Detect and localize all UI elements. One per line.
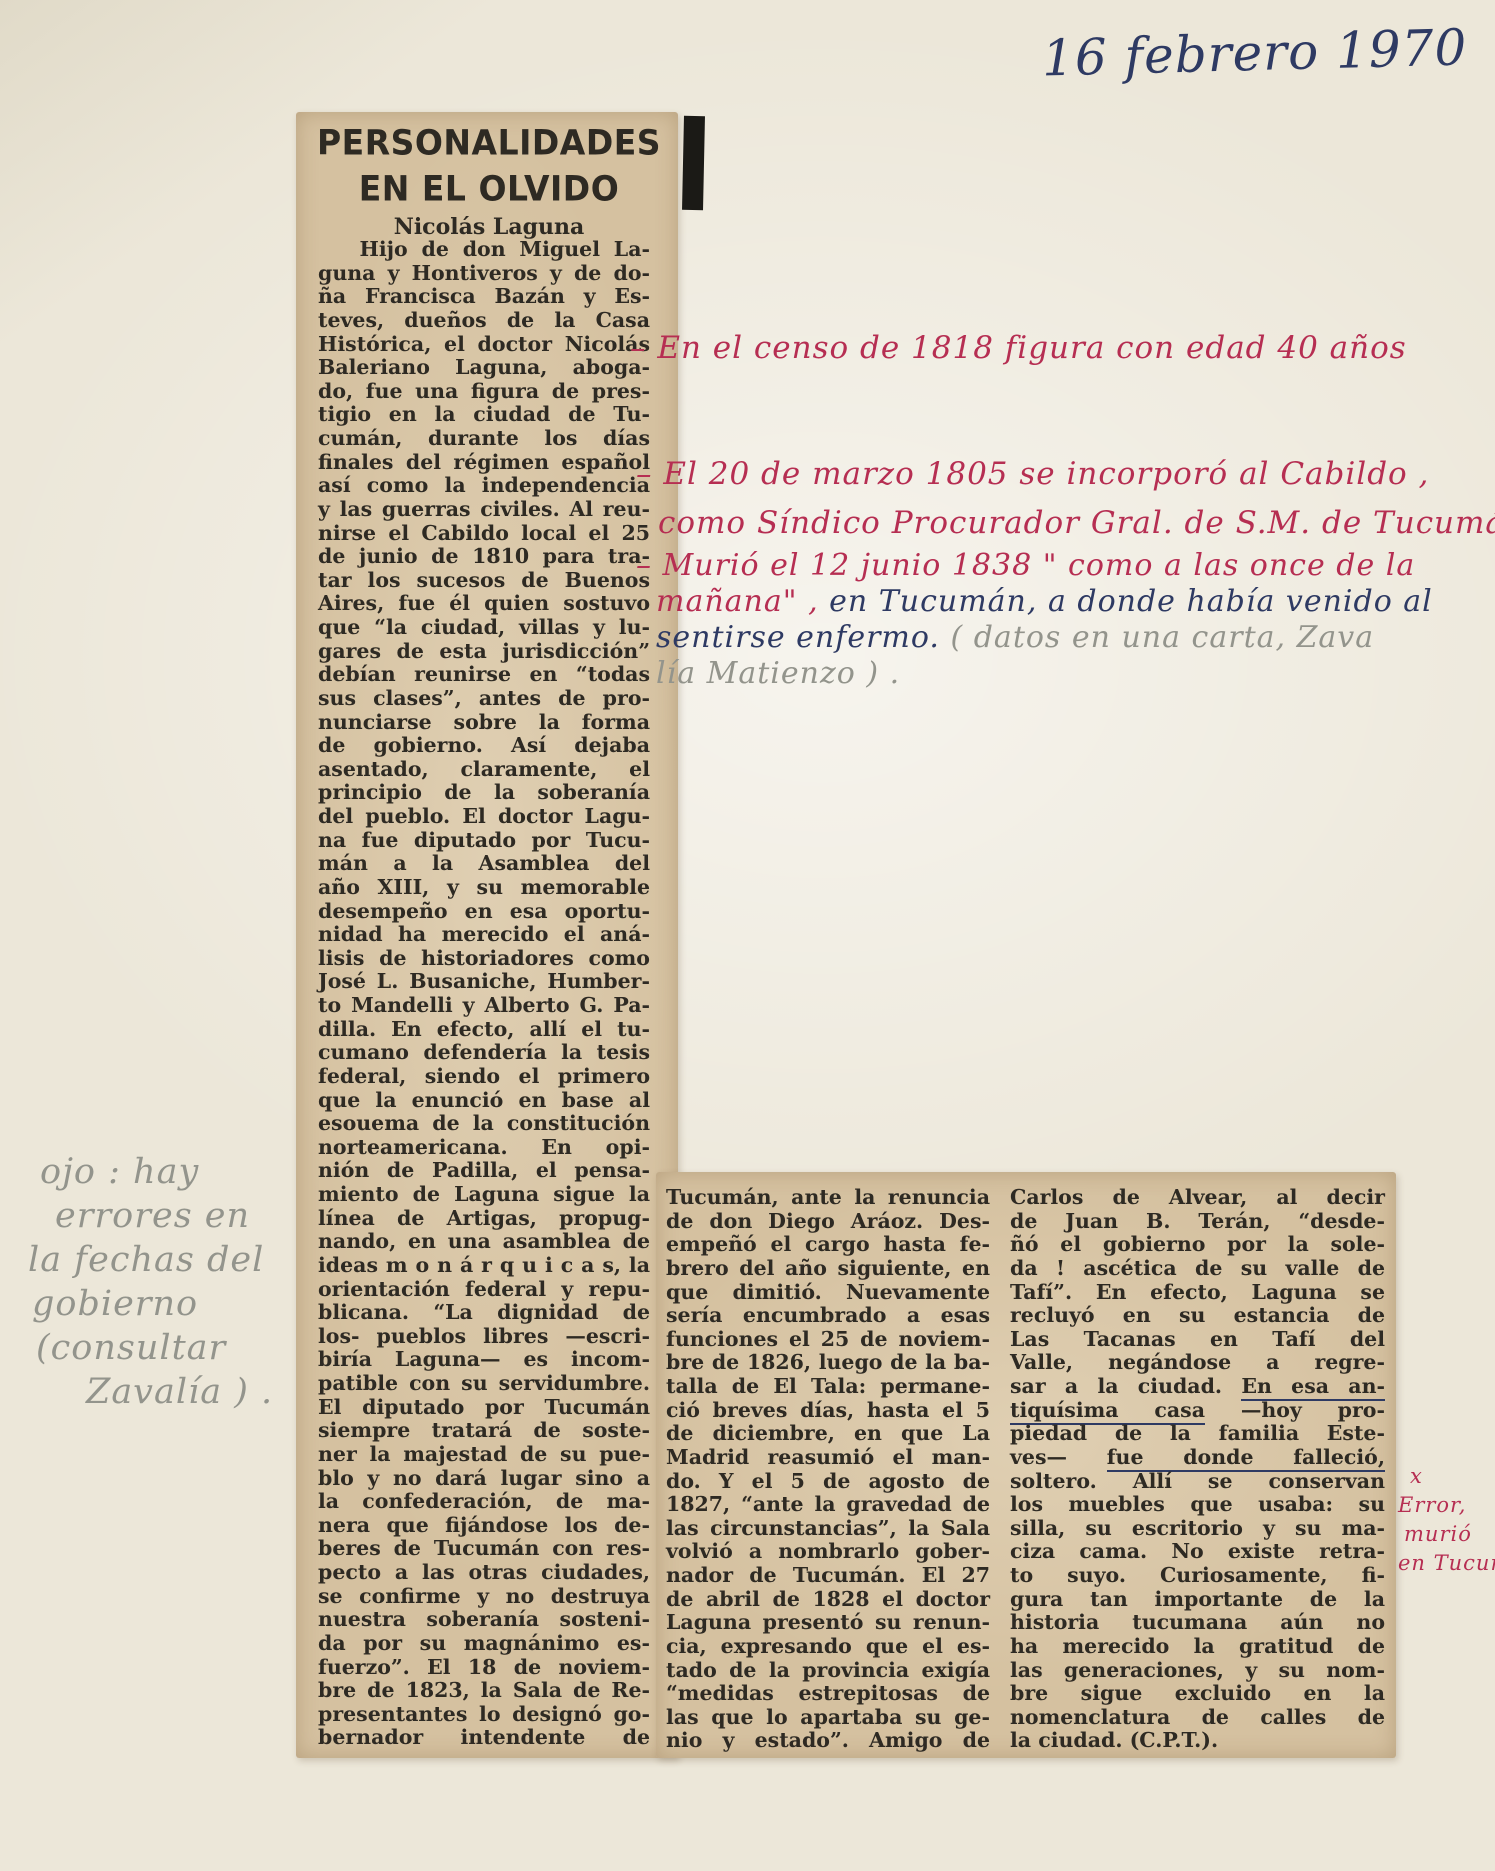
headline-line-1: PERSONALIDADES bbox=[308, 120, 670, 166]
text-line: sentirse enfermo. ( datos en una carta, … bbox=[636, 620, 1433, 656]
text-segment: fue donde falleció, bbox=[1107, 1445, 1385, 1472]
text-line: to suyo. Curiosamente, fi- bbox=[1010, 1564, 1385, 1588]
text-line: pecto a las otras ciudades, bbox=[318, 1561, 650, 1585]
text-line: bre de 1823, la Sala de Re- bbox=[318, 1679, 650, 1703]
text-line: las que lo apartaba su ge- bbox=[666, 1706, 990, 1730]
article-column-2: Tucumán, ante la renunciade don Diego Ar… bbox=[666, 1186, 990, 1753]
text-segment: lía Matienzo ) . bbox=[656, 656, 900, 691]
text-line: – Murió el 12 junio 1838 " como a las on… bbox=[636, 548, 1433, 584]
text-line: Carlos de Alvear, al decir bbox=[1010, 1186, 1385, 1210]
text-line: norteamericana. En opi- bbox=[318, 1136, 650, 1160]
text-line: teves, dueños de la Casa bbox=[318, 309, 650, 333]
text-line: Zavalía ) . bbox=[28, 1370, 273, 1414]
text-line: presentantes lo designó go- bbox=[318, 1703, 650, 1727]
text-line: ha merecido la gratitud de bbox=[1010, 1635, 1385, 1659]
text-line: debían reunirse en “todas bbox=[318, 663, 650, 687]
text-line: to Mandelli y Alberto G. Pa- bbox=[318, 994, 650, 1018]
text-line: 1827, “ante la gravedad de bbox=[666, 1493, 990, 1517]
text-line: del pueblo. El doctor Lagu- bbox=[318, 805, 650, 829]
text-line: empeñó el cargo hasta fe- bbox=[666, 1233, 990, 1257]
text-line: finales del régimen español bbox=[318, 451, 650, 475]
text-line: ideas m o n á r q u i c a s, la bbox=[318, 1254, 650, 1278]
text-line: ciza cama. No existe retra- bbox=[1010, 1540, 1385, 1564]
text-line: brero del año siguiente, en bbox=[666, 1257, 990, 1281]
text-line: Laguna presentó su renun- bbox=[666, 1611, 990, 1635]
text-line: blo y no dará lugar sino a bbox=[318, 1467, 650, 1491]
text-line: x bbox=[1398, 1462, 1495, 1491]
text-line: soltero. Allí se conservan bbox=[1010, 1470, 1385, 1494]
text-line: las generaciones, y su nom- bbox=[1010, 1659, 1385, 1683]
text-line: principio de la soberanía bbox=[318, 781, 650, 805]
text-line: tigio en la ciudad de Tu- bbox=[318, 403, 650, 427]
text-line: tar los sucesos de Buenos bbox=[318, 569, 650, 593]
text-line: silla, su escritorio y su ma- bbox=[1010, 1517, 1385, 1541]
text-line: que la enunció en base al bbox=[318, 1089, 650, 1113]
article-headline: PERSONALIDADES EN EL OLVIDO bbox=[308, 120, 670, 212]
text-line: ves— fue donde falleció, bbox=[1010, 1446, 1385, 1470]
text-line: de don Diego Aráoz. Des- bbox=[666, 1210, 990, 1234]
text-line: fuerzo”. El 18 de noviem- bbox=[318, 1656, 650, 1680]
text-line: beres de Tucumán con res- bbox=[318, 1537, 650, 1561]
pencil-note-errors: ojo : hayerrores enla fechas delgobierno… bbox=[28, 1150, 273, 1414]
handwritten-date: 16 febrero 1970 bbox=[1041, 18, 1468, 87]
text-segment: sentirse enfermo. bbox=[656, 620, 950, 655]
text-line: ció breves días, hasta el 5 bbox=[666, 1399, 990, 1423]
text-segment: ( datos en una carta, Zava bbox=[950, 620, 1374, 655]
text-line: – El 20 de marzo 1805 se incorporó al Ca… bbox=[636, 450, 1495, 499]
text-segment: – Murió el 12 junio 1838 " como a las on… bbox=[636, 548, 1415, 583]
text-line: sus clases”, antes de pro- bbox=[318, 687, 650, 711]
text-line: que “la ciudad, villas y lu- bbox=[318, 616, 650, 640]
text-line: tiquísima casa —hoy pro- bbox=[1010, 1399, 1385, 1423]
text-line: nuestra soberanía sosteni- bbox=[318, 1608, 650, 1632]
text-line: nador de Tucumán. El 27 bbox=[666, 1564, 990, 1588]
text-line: sar a la ciudad. En esa an- bbox=[1010, 1375, 1385, 1399]
text-segment: ves— bbox=[1010, 1445, 1107, 1469]
red-note-cabildo-1805: – El 20 de marzo 1805 se incorporó al Ca… bbox=[636, 450, 1495, 548]
text-line: historia tucumana aún no bbox=[1010, 1611, 1385, 1635]
text-line: de abril de 1828 el doctor bbox=[666, 1588, 990, 1612]
text-segment: —hoy pro- bbox=[1205, 1398, 1385, 1422]
text-line: cumano defendería la tesis bbox=[318, 1041, 650, 1065]
text-line: blicana. “La dignidad de bbox=[318, 1301, 650, 1325]
text-line: Madrid reasumió el man- bbox=[666, 1446, 990, 1470]
text-line: la fechas del bbox=[28, 1238, 273, 1282]
text-line: mañana" , en Tucumán, a donde había veni… bbox=[636, 584, 1433, 620]
text-line: ner la majestad de su pue- bbox=[318, 1443, 650, 1467]
article-column-1: Hijo de don Miguel La-guna y Hontiveros … bbox=[318, 238, 650, 1750]
text-line: ojo : hay bbox=[28, 1150, 273, 1194]
text-line: piedad de la familia Este- bbox=[1010, 1422, 1385, 1446]
text-line: mán a la Asamblea del bbox=[318, 852, 650, 876]
text-line: Tucumán, ante la renuncia bbox=[666, 1186, 990, 1210]
death-note-1838: – Murió el 12 junio 1838 " como a las on… bbox=[636, 548, 1433, 692]
text-line: da por su magnánimo es- bbox=[318, 1632, 650, 1656]
text-line: que dimitió. Nuevamente bbox=[666, 1281, 990, 1305]
text-line: recluyó en su estancia de bbox=[1010, 1304, 1385, 1328]
text-line: dilla. En efecto, allí el tu- bbox=[318, 1018, 650, 1042]
text-line: funciones el 25 de noviem- bbox=[666, 1328, 990, 1352]
text-line: los muebles que usaba: su bbox=[1010, 1493, 1385, 1517]
text-line: los- pueblos libres —escri- bbox=[318, 1325, 650, 1349]
text-line: como Síndico Procurador Gral. de S.M. de… bbox=[636, 499, 1495, 548]
text-line: federal, siendo el primero bbox=[318, 1065, 650, 1089]
text-line: de Juan B. Terán, “desde- bbox=[1010, 1210, 1385, 1234]
text-line: “medidas estrepitosas de bbox=[666, 1682, 990, 1706]
red-margin-error-note: xError,murióen Tucumán bbox=[1398, 1462, 1495, 1578]
text-line: do, fue una figura de pres- bbox=[318, 380, 650, 404]
text-line: na fue diputado por Tucu- bbox=[318, 829, 650, 853]
text-line: en Tucumán bbox=[1398, 1549, 1495, 1578]
text-line: nio y estado”. Amigo de bbox=[666, 1729, 990, 1753]
text-line: cia, expresando que el es- bbox=[666, 1635, 990, 1659]
text-line: desempeño en esa oportu- bbox=[318, 900, 650, 924]
text-line: lía Matienzo ) . bbox=[636, 656, 1433, 692]
text-line: bre de 1826, luego de la ba- bbox=[666, 1351, 990, 1375]
text-line: esouema de la constitución bbox=[318, 1112, 650, 1136]
text-line: así como la independencia bbox=[318, 474, 650, 498]
text-line: Aires, fue él quien sostuvo bbox=[318, 592, 650, 616]
text-line: da ! ascética de su valle de bbox=[1010, 1257, 1385, 1281]
text-line: la ciudad. (C.P.T.). bbox=[1010, 1729, 1385, 1753]
text-line: bre sigue excluido en la bbox=[1010, 1682, 1385, 1706]
text-line: gobierno bbox=[28, 1282, 273, 1326]
text-segment: sar a la ciudad. bbox=[1010, 1374, 1241, 1398]
clipping-column-rule-fragment bbox=[682, 116, 705, 210]
text-line: nera que fijándose los de- bbox=[318, 1514, 650, 1538]
text-line: de diciembre, en que La bbox=[666, 1422, 990, 1446]
text-line: nirse el Cabildo local el 25 bbox=[318, 522, 650, 546]
text-line: guna y Hontiveros y de do- bbox=[318, 262, 650, 286]
text-line: talla de El Tala: permane- bbox=[666, 1375, 990, 1399]
text-line: (consultar bbox=[28, 1326, 273, 1370]
text-line: biría Laguna— es incom- bbox=[318, 1348, 650, 1372]
text-line: las circunstancias”, la Sala bbox=[666, 1517, 990, 1541]
article-column-3: Carlos de Alvear, al decirde Juan B. Ter… bbox=[1010, 1186, 1385, 1753]
text-line: gura tan importante de la bbox=[1010, 1588, 1385, 1612]
text-line: Tafí”. En efecto, Laguna se bbox=[1010, 1281, 1385, 1305]
text-segment: mañana" , bbox=[656, 584, 829, 619]
text-line: lisis de historiadores como bbox=[318, 947, 650, 971]
text-line: patible con su servidumbre. bbox=[318, 1372, 650, 1396]
text-line: El diputado por Tucumán bbox=[318, 1396, 650, 1420]
text-line: Hijo de don Miguel La- bbox=[318, 238, 650, 262]
text-line: volvió a nombrarlo gober- bbox=[666, 1540, 990, 1564]
text-line: se confirme y no destruya bbox=[318, 1585, 650, 1609]
text-line: sería encumbrado a esas bbox=[666, 1304, 990, 1328]
text-line: murió bbox=[1398, 1520, 1495, 1549]
text-segment: en Tucumán, a donde había venido al bbox=[829, 584, 1433, 619]
text-line: ña Francisca Bazán y Es- bbox=[318, 285, 650, 309]
text-line: bernador intendente de bbox=[318, 1726, 650, 1750]
text-line: la confederación, de ma- bbox=[318, 1490, 650, 1514]
text-line: nidad ha merecido el aná- bbox=[318, 923, 650, 947]
text-line: nomenclatura de calles de bbox=[1010, 1706, 1385, 1730]
text-line: de gobierno. Así dejaba bbox=[318, 734, 650, 758]
text-line: de junio de 1810 para tra- bbox=[318, 545, 650, 569]
text-line: gares de esta jurisdicción” bbox=[318, 640, 650, 664]
text-line: José L. Busaniche, Humber- bbox=[318, 970, 650, 994]
text-line: siempre tratará de soste- bbox=[318, 1419, 650, 1443]
text-line: Baleriano Laguna, aboga- bbox=[318, 356, 650, 380]
text-line: cumán, durante los días bbox=[318, 427, 650, 451]
text-line: errores en bbox=[28, 1194, 273, 1238]
text-line: tado de la provincia exigía bbox=[666, 1659, 990, 1683]
text-line: Error, bbox=[1398, 1491, 1495, 1520]
text-line: orientación federal y repu- bbox=[318, 1278, 650, 1302]
headline-line-2: EN EL OLVIDO bbox=[308, 166, 670, 212]
text-line: asentado, claramente, el bbox=[318, 758, 650, 782]
text-line: miento de Laguna sigue la bbox=[318, 1183, 650, 1207]
text-line: y las guerras civiles. Al reu- bbox=[318, 498, 650, 522]
scrapbook-page: 16 febrero 1970 PERSONALIDADES EN EL OLV… bbox=[0, 0, 1495, 1871]
text-line: año XIII, y su memorable bbox=[318, 876, 650, 900]
text-line: Las Tacanas en Tafí del bbox=[1010, 1328, 1385, 1352]
text-line: do. Y el 5 de agosto de bbox=[666, 1470, 990, 1494]
text-line: nión de Padilla, el pensa- bbox=[318, 1159, 650, 1183]
text-line: ñó el gobierno por la sole- bbox=[1010, 1233, 1385, 1257]
text-line: nunciarse sobre la forma bbox=[318, 711, 650, 735]
text-line: Valle, negándose a regre- bbox=[1010, 1351, 1385, 1375]
text-line: nando, en una asamblea de bbox=[318, 1230, 650, 1254]
text-line: línea de Artigas, propug- bbox=[318, 1207, 650, 1231]
text-line: Histórica, el doctor Nicolás bbox=[318, 333, 650, 357]
red-note-census-1818: – En el censo de 1818 figura con edad 40… bbox=[630, 330, 1407, 366]
